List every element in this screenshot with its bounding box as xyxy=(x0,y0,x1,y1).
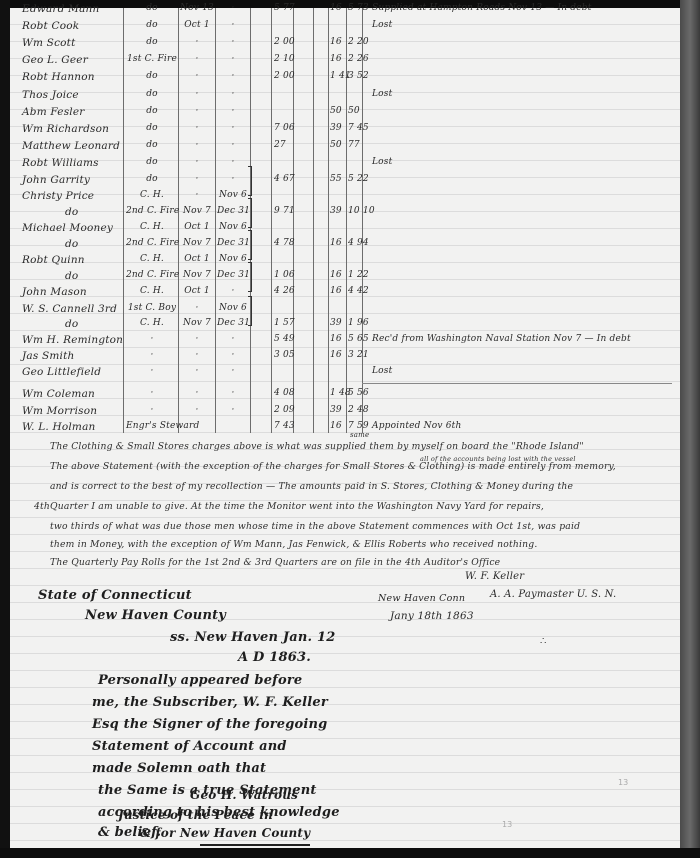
cell-rating: C. H. xyxy=(126,286,178,296)
table-row: Abm Feslerdo··5050 xyxy=(10,106,670,121)
cell-remarks: Rec'd from Washington Naval Station Nov … xyxy=(372,334,631,344)
cell-rate: 16 xyxy=(330,238,342,248)
cell-rate: 39 xyxy=(330,318,342,328)
scan-border-right xyxy=(680,0,700,858)
paymaster-title: A. A. Paymaster U. S. N. xyxy=(490,589,616,600)
cell-rate: 16 xyxy=(330,286,342,296)
cell-from: Nov 7 xyxy=(180,270,214,280)
signature-underline xyxy=(200,844,310,846)
cell-rating: · xyxy=(126,334,178,344)
cell-name: John Garrity xyxy=(22,174,90,186)
table-row: Thos Joicedo··Lost xyxy=(10,89,670,104)
cell-to: Dec 31 xyxy=(217,206,249,216)
statement-line-6: them in Money, with the exception of Wm … xyxy=(50,539,537,550)
cell-rating: do xyxy=(126,37,178,47)
cell-amount-b: 10 10 xyxy=(348,206,375,216)
cell-from: · xyxy=(180,123,214,133)
cell-amount-b: 5 56 xyxy=(348,388,369,398)
cell-amount-a: 4 08 xyxy=(274,388,295,398)
affidavit-line-5: made Solemn oath that xyxy=(92,761,266,776)
cell-amount-a: 2 00 xyxy=(274,37,295,47)
cell-amount-a: 2 10 xyxy=(274,54,295,64)
cell-to: · xyxy=(217,157,249,167)
cell-rate: 16 xyxy=(330,54,342,64)
cell-rate: 16 xyxy=(330,350,342,360)
cell-rating: do xyxy=(126,89,178,99)
cell-rate: 16 xyxy=(330,3,342,13)
date-bracket xyxy=(248,230,252,260)
table-row: Michael MooneyC. H.Oct 1Nov 6 xyxy=(10,222,670,237)
table-row: Jas Smith···3 05163 21 xyxy=(10,350,670,365)
cell-name: Geo L. Geer xyxy=(22,54,88,66)
cell-to: · xyxy=(217,123,249,133)
cell-from: · xyxy=(180,350,214,360)
cell-amount-b: 7 45 xyxy=(348,123,369,133)
cell-amount-a: 4 67 xyxy=(274,174,295,184)
date-bracket xyxy=(248,198,252,228)
cell-rate: 55 xyxy=(330,174,342,184)
table-row: Wm Morrison···2 09392 48 xyxy=(10,405,670,420)
cell-to: · xyxy=(217,140,249,150)
statement-line-2: The above Statement (with the exception … xyxy=(50,461,616,472)
table-row: do2nd C. FireNov 7Dec 311 06161 22 xyxy=(10,270,670,285)
cell-from: · xyxy=(180,71,214,81)
cell-from: Oct 1 xyxy=(180,254,214,264)
table-row: Geo L. Geer1st C. Fire··2 10162 26 xyxy=(10,54,670,69)
cell-rating: C. H. xyxy=(126,222,178,232)
cell-name: Robt Hannon xyxy=(22,71,95,83)
cell-name: Wm H. Remington xyxy=(22,334,123,346)
cell-from: Oct 1 xyxy=(180,286,214,296)
table-row: Robt Williamsdo··Lost xyxy=(10,157,670,172)
cell-to: · xyxy=(217,106,249,116)
cell-name: Abm Fesler xyxy=(22,106,85,118)
cell-name: Robt Williams xyxy=(22,157,99,169)
cell-remarks: Supplied at Hampton Roads Nov 13 — In de… xyxy=(372,3,592,13)
cell-amount-a: 2 00 xyxy=(274,71,295,81)
affidavit-state: State of Connecticut xyxy=(38,588,192,603)
cell-to: · xyxy=(217,54,249,64)
table-row: doC. H.Nov 7Dec 311 57391 96 xyxy=(10,318,670,333)
cell-rating: 2nd C. Fire xyxy=(126,238,178,248)
cell-from: · xyxy=(180,174,214,184)
cell-rating: · xyxy=(126,366,178,376)
table-row: Robt CookdoOct 1·Lost xyxy=(10,20,670,35)
cell-rate: 39 xyxy=(330,405,342,415)
cell-name: W. L. Holman xyxy=(22,421,96,433)
cell-name: Matthew Leonard xyxy=(22,140,120,152)
table-row: Matthew Leonarddo··275077 xyxy=(10,140,670,155)
cell-name: Robt Quinn xyxy=(22,254,85,266)
cell-from: · xyxy=(180,303,214,313)
table-row: Wm Coleman···4 081 485 56 xyxy=(10,388,670,403)
table-row: John Garritydo··4 67555 22 xyxy=(10,174,670,189)
margin-note: 4th xyxy=(34,501,50,512)
table-row: John MasonC. H.Oct 1·4 26164 42 xyxy=(10,286,670,301)
cell-from: · xyxy=(180,157,214,167)
cell-name: Wm Scott xyxy=(22,37,76,49)
cell-rating: do xyxy=(126,20,178,30)
cell-name: Christy Price xyxy=(22,190,94,202)
affidavit-line-2: me, the Subscriber, W. F. Keller xyxy=(92,695,328,710)
cell-from: · xyxy=(180,89,214,99)
cell-rating: do xyxy=(126,123,178,133)
cell-rating: 2nd C. Fire xyxy=(126,206,178,216)
cell-name: Wm Morrison xyxy=(22,405,97,417)
cell-from: · xyxy=(180,140,214,150)
cell-amount-b: 1 96 xyxy=(348,318,369,328)
cell-rating: do xyxy=(126,174,178,184)
cell-from: Nov 7 xyxy=(180,238,214,248)
cell-amount-a: 1 57 xyxy=(274,318,295,328)
affidavit-line-3: Esq the Signer of the foregoing xyxy=(92,717,327,732)
cell-name: Thos Joice xyxy=(22,89,79,101)
cell-rate: 16 xyxy=(330,334,342,344)
cell-rate: 16 xyxy=(330,270,342,280)
cell-from: Oct 1 xyxy=(180,20,214,30)
statement-date: Jany 18th 1863 xyxy=(390,610,474,622)
cell-rate: 16 xyxy=(330,37,342,47)
cell-amount-b: 3 21 xyxy=(348,350,369,360)
scan-border-left xyxy=(0,0,10,858)
table-row: Wm Scottdo··2 00162 20 xyxy=(10,37,670,52)
cell-rate: 50 xyxy=(330,106,342,116)
statement-line-4: Quarter I am unable to give. At the time… xyxy=(50,501,544,512)
cell-to: Nov 6 xyxy=(217,303,249,313)
cell-amount-a: 5 49 xyxy=(274,334,295,344)
cell-amount-b: 77 xyxy=(348,140,360,150)
cell-name: Robt Cook xyxy=(22,20,79,32)
cell-amount-a: 4 78 xyxy=(274,238,295,248)
cell-to: · xyxy=(217,89,249,99)
statement-line-5: two thirds of what was due those men who… xyxy=(50,521,580,532)
cell-rating: do xyxy=(126,140,178,150)
cell-amount-b: 5 73 xyxy=(348,3,369,13)
cell-remarks: Lost xyxy=(372,157,392,167)
cell-rate: 16 xyxy=(330,421,342,431)
cell-to: Dec 31 xyxy=(217,238,249,248)
cell-rating: do xyxy=(126,106,178,116)
page-mark-secondary: 13 xyxy=(502,820,512,829)
date-bracket xyxy=(248,262,252,292)
cell-to: Nov 6 xyxy=(217,222,249,232)
cell-amount-b: 4 42 xyxy=(348,286,369,296)
cell-from: · xyxy=(180,190,214,200)
paymaster-signature: W. F. Keller xyxy=(465,571,524,582)
cell-rate: 39 xyxy=(330,206,342,216)
affidavit-line-4: Statement of Account and xyxy=(92,739,287,754)
statement-place: New Haven Conn xyxy=(378,593,465,604)
cell-amount-b: 2 48 xyxy=(348,405,369,415)
affidavit-line-1: Personally appeared before xyxy=(98,673,302,688)
cell-name: do xyxy=(65,318,78,330)
cell-to: · xyxy=(217,174,249,184)
ink-mark: ∴ xyxy=(540,636,546,647)
cell-to: · xyxy=(217,3,249,13)
cell-rating: 2nd C. Fire xyxy=(126,270,178,280)
table-row: Geo Littlefield···Lost xyxy=(10,366,670,381)
cell-from: · xyxy=(180,334,214,344)
cell-amount-a: 7 43 xyxy=(274,421,295,431)
date-bracket xyxy=(248,296,252,326)
cell-amount-b: 4 94 xyxy=(348,238,369,248)
cell-from: · xyxy=(180,37,214,47)
cell-rating: do xyxy=(126,71,178,81)
cell-name: Michael Mooney xyxy=(22,222,113,234)
table-row: do2nd C. FireNov 7Dec 319 713910 10 xyxy=(10,206,670,221)
cell-rating: 1st C. Boy xyxy=(126,303,178,313)
cell-to: · xyxy=(217,334,249,344)
cell-rating: · xyxy=(126,350,178,360)
cell-to: · xyxy=(217,286,249,296)
cell-name: do xyxy=(65,270,78,282)
cell-from: Nov 13 xyxy=(180,3,214,13)
cell-to: · xyxy=(217,350,249,360)
cell-amount-b: 5 65 xyxy=(348,334,369,344)
cell-name: W. S. Cannell 3rd xyxy=(22,303,117,315)
cell-rating: do xyxy=(126,3,178,13)
cell-amount-a: 27 xyxy=(274,140,286,150)
cell-amount-a: 7 06 xyxy=(274,123,295,133)
scan-border-bottom xyxy=(0,848,700,858)
table-row: W. L. HolmanEngr's Steward7 43167 59Appo… xyxy=(10,421,670,436)
cell-to: Dec 31 xyxy=(217,318,249,328)
cell-from: · xyxy=(180,54,214,64)
cell-name: do xyxy=(65,238,78,250)
cell-name: Edward Mann xyxy=(22,3,99,15)
cell-rating: do xyxy=(126,157,178,167)
cell-from: · xyxy=(180,106,214,116)
cell-amount-a: 4 26 xyxy=(274,286,295,296)
cell-remarks: Lost xyxy=(372,89,392,99)
cell-amount-a: 1 06 xyxy=(274,270,295,280)
cell-name: Wm Coleman xyxy=(22,388,95,400)
statement-line-7: The Quarterly Pay Rolls for the 1st 2nd … xyxy=(50,557,500,568)
cell-to: · xyxy=(217,388,249,398)
table-row: Wm Richardsondo··7 06397 45 xyxy=(10,123,670,138)
cell-to: Nov 6 xyxy=(217,254,249,264)
cell-from: Nov 7 xyxy=(180,206,214,216)
cell-rating: C. H. xyxy=(126,190,178,200)
cell-amount-a: 5 77 xyxy=(274,3,295,13)
cell-name: do xyxy=(65,206,78,218)
affidavit-venue-date: ss. New Haven Jan. 12 xyxy=(170,630,335,645)
cell-amount-b: 3 52 xyxy=(348,71,369,81)
remarks-rule xyxy=(362,383,672,384)
cell-to: Nov 6 xyxy=(217,190,249,200)
table-row: Edward ManndoNov 13·5 77165 73Supplied a… xyxy=(10,3,670,18)
affidavit-county: New Haven County xyxy=(85,608,226,623)
cell-remarks: Lost xyxy=(372,20,392,30)
cell-from: · xyxy=(180,405,214,415)
cell-to: · xyxy=(217,37,249,47)
table-row: Christy PriceC. H.·Nov 6 xyxy=(10,190,670,205)
cell-to: · xyxy=(217,20,249,30)
cell-amount-b: 1 22 xyxy=(348,270,369,280)
justice-title-2: & for New Haven County xyxy=(140,826,310,840)
cell-remarks: Lost xyxy=(372,366,392,376)
cell-amount-b: 2 20 xyxy=(348,37,369,47)
statement-line-1: The Clothing & Small Stores charges abov… xyxy=(50,441,584,452)
table-row: do2nd C. FireNov 7Dec 314 78164 94 xyxy=(10,238,670,253)
cell-remarks: Appointed Nov 6th xyxy=(372,421,461,431)
statement-line-3: and is correct to the best of my recolle… xyxy=(50,481,573,492)
cell-rating: · xyxy=(126,405,178,415)
cell-rating: 1st C. Fire xyxy=(126,54,178,64)
cell-amount-a: 9 71 xyxy=(274,206,295,216)
cell-amount-b: 7 59 xyxy=(348,421,369,431)
cell-to: · xyxy=(217,71,249,81)
justice-title-1: Justice of the Peace in xyxy=(118,808,273,822)
cell-from: Oct 1 xyxy=(180,222,214,232)
table-row: Robt QuinnC. H.Oct 1Nov 6 xyxy=(10,254,670,269)
cell-name: John Mason xyxy=(22,286,87,298)
cell-to: · xyxy=(217,366,249,376)
cell-to: · xyxy=(217,405,249,415)
justice-signature: Geo H. Watrous xyxy=(190,788,298,802)
cell-amount-b: 5 22 xyxy=(348,174,369,184)
cell-name: Wm Richardson xyxy=(22,123,109,135)
cell-amount-a: 2 09 xyxy=(274,405,295,415)
cell-from: Nov 7 xyxy=(180,318,214,328)
cell-name: Geo Littlefield xyxy=(22,366,101,378)
table-row: W. S. Cannell 3rd1st C. Boy·Nov 6 xyxy=(10,303,670,318)
cell-to: Dec 31 xyxy=(217,270,249,280)
interlinear-note-above: same xyxy=(350,431,369,439)
cell-rate: 39 xyxy=(330,123,342,133)
cell-amount-b: 2 26 xyxy=(348,54,369,64)
table-row: Wm H. Remington···5 49165 65Rec'd from W… xyxy=(10,334,670,349)
cell-rating: Engr's Steward xyxy=(126,421,178,431)
cell-rate: 50 xyxy=(330,140,342,150)
cell-amount-b: 50 xyxy=(348,106,360,116)
affidavit-year: A D 1863. xyxy=(238,650,311,665)
cell-name: Jas Smith xyxy=(22,350,75,362)
cell-rating: · xyxy=(126,388,178,398)
table-row: Robt Hannondo··2 001 413 52 xyxy=(10,71,670,86)
cell-from: · xyxy=(180,388,214,398)
cell-from: · xyxy=(180,366,214,376)
cell-rating: C. H. xyxy=(126,254,178,264)
cell-rating: C. H. xyxy=(126,318,178,328)
date-bracket xyxy=(248,166,252,196)
page-mark: 13 xyxy=(618,778,628,787)
cell-amount-a: 3 05 xyxy=(274,350,295,360)
document-page: Edward ManndoNov 13·5 77165 73Supplied a… xyxy=(10,8,682,848)
